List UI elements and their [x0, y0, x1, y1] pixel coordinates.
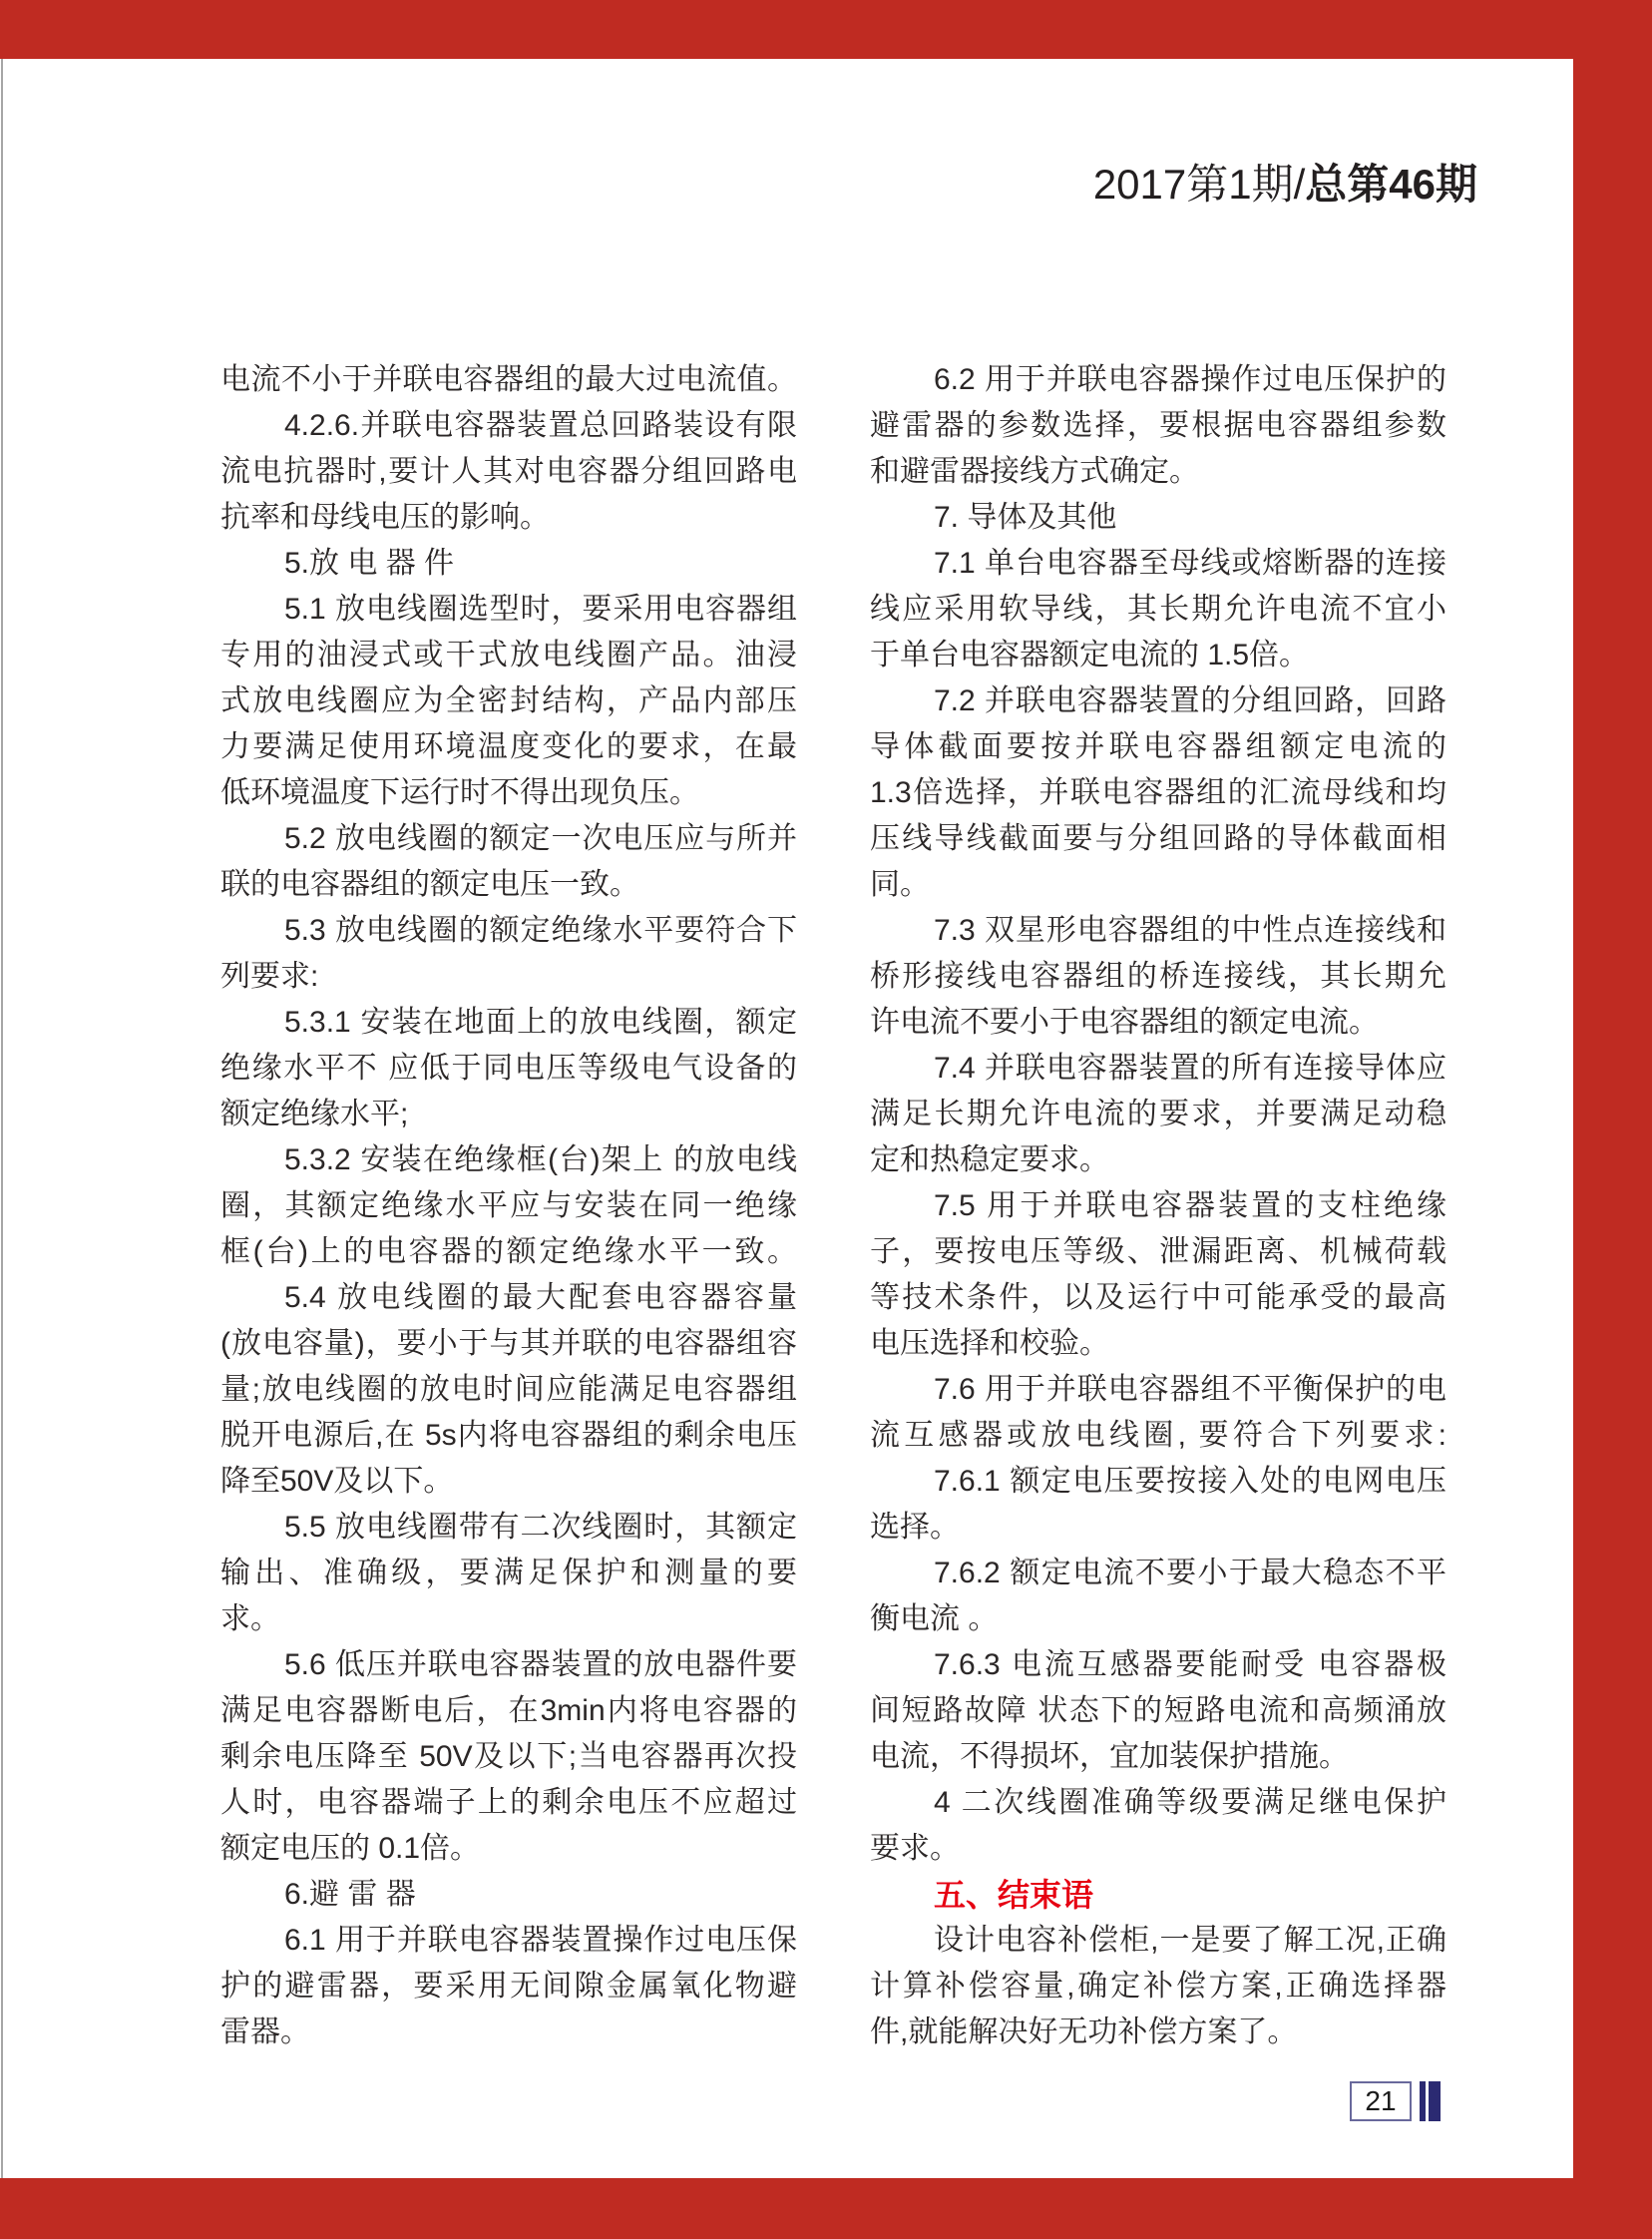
- text-line: 联的电容器组的额定电压一致。: [220, 862, 797, 908]
- text-line: 框(台)上的电容器的额定绝缘水平一致。: [220, 1229, 797, 1275]
- text-line: 7.6 用于并联电容器组不平衡保护的电: [870, 1367, 1446, 1413]
- text-line: 额定电压的 0.1倍。: [220, 1826, 797, 1872]
- text-line: 1.3倍选择，并联电容器组的汇流母线和均: [870, 770, 1446, 816]
- text-line: (放电容量)，要小于与其并联的电容器组容: [220, 1321, 797, 1367]
- text-line: 设计电容补偿柜,一是要了解工况,正确: [870, 1918, 1446, 1964]
- text-line: 5.2 放电线圈的额定一次电压应与所并: [220, 816, 797, 862]
- text-line: 式放电线圈应为全密封结构，产品内部压: [220, 678, 797, 724]
- text-line: 7.6.3 电流互感器要能耐受 电容器极: [870, 1642, 1446, 1688]
- text-line: 电流不小于并联电容器组的最大过电流值。: [220, 357, 797, 403]
- text-line: 压线导线截面要与分组回路的导体截面相: [870, 816, 1446, 862]
- text-line: 降至50V及以下。: [220, 1459, 797, 1505]
- page-number: 21: [1365, 2085, 1396, 2117]
- text-line: 流互感器或放电线圈, 要符合下列要求:: [870, 1413, 1446, 1459]
- text-line: 列要求:: [220, 954, 797, 1000]
- text-line: 低环境温度下运行时不得出现负压。: [220, 770, 797, 816]
- text-line: 和避雷器接线方式确定。: [870, 449, 1446, 495]
- issue-label: 2017第1期/: [1093, 161, 1305, 208]
- text-line: 剩余电压降至 50V及以下;当电容器再次投: [220, 1734, 797, 1780]
- text-line: 满足长期允许电流的要求，并要满足动稳: [870, 1092, 1446, 1137]
- text-line: 力要满足使用环境温度变化的要求，在最: [220, 724, 797, 770]
- text-line: 选择。: [870, 1505, 1446, 1551]
- text-line: 许电流不要小于电容器组的额定电流。: [870, 1000, 1446, 1046]
- text-line: 7.1 单台电容器至母线或熔断器的连接: [870, 541, 1446, 587]
- text-line: 5.放 电 器 件: [220, 541, 797, 587]
- text-line: 脱开电源后,在 5s内将电容器组的剩余电压: [220, 1413, 797, 1459]
- text-line: 同。: [870, 862, 1446, 908]
- bottom-red-band: [0, 2178, 1652, 2239]
- issue-header: 2017第1期/总第46期: [1093, 162, 1477, 208]
- text-line: 7. 导体及其他: [870, 495, 1446, 541]
- text-line: 定和热稳定要求。: [870, 1137, 1446, 1183]
- text-line: 5.1 放电线圈选型时，要采用电容器组: [220, 587, 797, 633]
- text-line: 7.5 用于并联电容器装置的支柱绝缘: [870, 1183, 1446, 1229]
- text-line: 7.6.1 额定电压要按接入处的电网电压: [870, 1459, 1446, 1505]
- text-line: 计算补偿容量,确定补偿方案,正确选择器: [870, 1964, 1446, 2010]
- top-red-band: [0, 0, 1652, 59]
- text-line: 绝缘水平不 应低于同电压等级电气设备的: [220, 1046, 797, 1092]
- text-line: 电流，不得损坏，宜加装保护措施。: [870, 1734, 1446, 1780]
- text-line: 7.6.2 额定电流不要小于最大稳态不平: [870, 1551, 1446, 1596]
- text-line: 5.5 放电线圈带有二次线圈时，其额定: [220, 1505, 797, 1551]
- text-line: 输出、准确级，要满足保护和测量的要: [220, 1551, 797, 1596]
- text-line: 5.3 放电线圈的额定绝缘水平要符合下: [220, 908, 797, 954]
- text-line: 专用的油浸式或干式放电线圈产品。油浸: [220, 633, 797, 678]
- text-line: 求。: [220, 1596, 797, 1642]
- text-line: 6.1 用于并联电容器装置操作过电压保: [220, 1918, 797, 1964]
- text-line: 线应采用软导线，其长期允许电流不宜小: [870, 587, 1446, 633]
- text-line: 6.避 雷 器: [220, 1872, 797, 1918]
- text-line: 5.6 低压并联电容器装置的放电器件要: [220, 1642, 797, 1688]
- text-line: 抗率和母线电压的影响。: [220, 495, 797, 541]
- text-line: 桥形接线电容器组的桥连接线，其长期允: [870, 954, 1446, 1000]
- text-line: 要求。: [870, 1826, 1446, 1872]
- text-line: 6.2 用于并联电容器操作过电压保护的: [870, 357, 1446, 403]
- text-line: 5.4 放电线圈的最大配套电容器容量: [220, 1275, 797, 1321]
- text-line: 等技术条件，以及运行中可能承受的最高: [870, 1275, 1446, 1321]
- section-heading: 五、结束语: [870, 1872, 1446, 1918]
- right-column: 6.2 用于并联电容器操作过电压保护的避雷器的参数选择，要根据电容器组参数和避雷…: [870, 357, 1446, 2055]
- text-line: 满足电容器断电后，在3min内将电容器的: [220, 1688, 797, 1734]
- text-line: 电压选择和校验。: [870, 1321, 1446, 1367]
- text-line: 衡电流 。: [870, 1596, 1446, 1642]
- text-line: 导体截面要按并联电容器组额定电流的: [870, 724, 1446, 770]
- text-line: 避雷器的参数选择，要根据电容器组参数: [870, 403, 1446, 449]
- text-line: 间短路故障 状态下的短路电流和高频涌放: [870, 1688, 1446, 1734]
- magazine-page: 2017第1期/总第46期 电流不小于并联电容器组的最大过电流值。4.2.6.并…: [0, 0, 1652, 2239]
- page-number-box: 21: [1350, 2081, 1412, 2121]
- volume-label: 总第46期: [1305, 161, 1477, 208]
- text-line: 子，要按电压等级、泄漏距离、机械荷载: [870, 1229, 1446, 1275]
- left-column: 电流不小于并联电容器组的最大过电流值。4.2.6.并联电容器装置总回路装设有限流…: [220, 357, 797, 2055]
- text-line: 7.2 并联电容器装置的分组回路，回路: [870, 678, 1446, 724]
- footer-accent-bar-thin: [1420, 2081, 1426, 2121]
- left-edge-rule: [1, 59, 3, 2178]
- text-line: 雷器。: [220, 2010, 797, 2055]
- text-line: 于单台电容器额定电流的 1.5倍。: [870, 633, 1446, 678]
- footer-accent-bar-thick: [1429, 2081, 1441, 2121]
- text-line: 5.3.1 安装在地面上的放电线圈，额定: [220, 1000, 797, 1046]
- text-line: 额定绝缘水平;: [220, 1092, 797, 1137]
- text-line: 4 二次线圈准确等级要满足继电保护: [870, 1780, 1446, 1826]
- text-line: 量;放电线圈的放电时间应能满足电容器组: [220, 1367, 797, 1413]
- text-line: 件,就能解决好无功补偿方案了。: [870, 2010, 1446, 2055]
- text-line: 人时，电容器端子上的剩余电压不应超过: [220, 1780, 797, 1826]
- text-line: 7.3 双星形电容器组的中性点连接线和: [870, 908, 1446, 954]
- text-line: 圈，其额定绝缘水平应与安装在同一绝缘: [220, 1183, 797, 1229]
- text-line: 7.4 并联电容器装置的所有连接导体应: [870, 1046, 1446, 1092]
- text-line: 4.2.6.并联电容器装置总回路装设有限: [220, 403, 797, 449]
- text-line: 5.3.2 安装在绝缘框(台)架上 的放电线: [220, 1137, 797, 1183]
- right-red-band: [1573, 0, 1652, 2239]
- text-line: 护的避雷器，要采用无间隙金属氧化物避: [220, 1964, 797, 2010]
- text-line: 流电抗器时,要计人其对电容器分组回路电: [220, 449, 797, 495]
